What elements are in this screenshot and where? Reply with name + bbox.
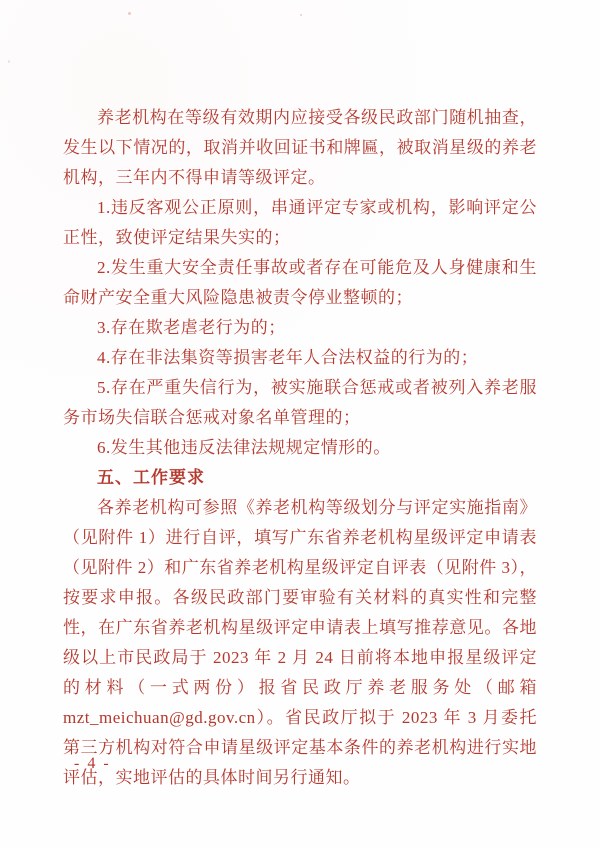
list-item-3: 3.存在欺老虐老行为的； <box>63 313 537 343</box>
page-number: - 4 - <box>74 755 111 773</box>
text-block: 养老机构在等级有效期内应接受各级民政部门随机抽查，发生以下情况的，取消并收回证书… <box>63 103 537 793</box>
scan-speckle <box>300 14 302 16</box>
list-item-1: 1.违反客观公正原则，串通评定专家或机构，影响评定公正性，致使评定结果失实的； <box>63 193 537 253</box>
list-item-5: 5.存在严重失信行为，被实施联合惩戒或者被列入养老服务市场失信联合惩戒对象名单管… <box>63 373 537 433</box>
list-item-4: 4.存在非法集资等损害老年人合法权益的行为的； <box>63 343 537 373</box>
work-requirements-paragraph: 各养老机构可参照《养老机构等级划分与评定实施指南》（见附件 1）进行自评，填写广… <box>63 493 537 793</box>
section-heading: 五、工作要求 <box>63 463 537 493</box>
scan-speckle <box>128 12 131 15</box>
list-item-6: 6.发生其他违反法律法规规定情形的。 <box>63 433 537 463</box>
intro-paragraph: 养老机构在等级有效期内应接受各级民政部门随机抽查，发生以下情况的，取消并收回证书… <box>63 103 537 193</box>
document-page: 养老机构在等级有效期内应接受各级民政部门随机抽查，发生以下情况的，取消并收回证书… <box>0 0 600 848</box>
list-item-2: 2.发生重大安全责任事故或者存在可能危及人身健康和生命财产安全重大风险隐患被责令… <box>63 253 537 313</box>
scan-speckle <box>8 60 10 63</box>
